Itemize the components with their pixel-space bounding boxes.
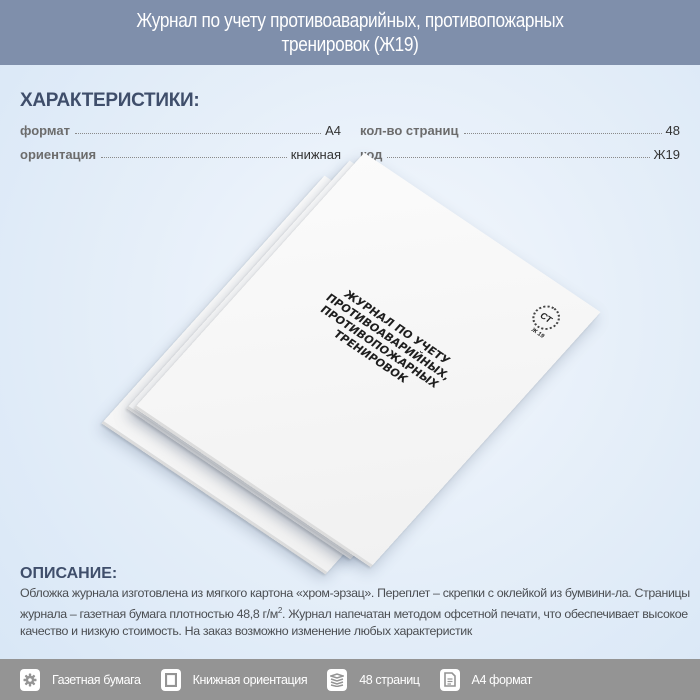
spec-value: книжная xyxy=(291,147,341,162)
document-icon xyxy=(440,669,460,691)
spec-row-orientation: ориентация книжная xyxy=(20,144,341,162)
feature-label: Книжная ориентация xyxy=(193,673,308,687)
gear-icon xyxy=(20,669,40,691)
spec-value: А4 xyxy=(325,123,341,138)
characteristics-heading: ХАРАКТЕРИСТИКИ: xyxy=(20,90,199,112)
spec-value: Ж19 xyxy=(654,147,680,162)
cover-title: ЖУРНАЛ ПО УЧЕТУ ПРОТИВОАВАРИЙНЫХ, ПРОТИВ… xyxy=(248,243,519,441)
feature-paper: Газетная бумага xyxy=(20,669,141,691)
spec-label: кол-во страниц xyxy=(360,123,459,138)
description-heading: ОПИСАНИЕ: xyxy=(20,565,117,583)
cover-title-line: ТРЕНИРОВОК xyxy=(248,272,493,441)
feature-label: А4 формат xyxy=(472,673,532,687)
cover-title-line: ПРОТИВОАВАРИЙНЫХ, xyxy=(266,253,511,422)
dot-leader xyxy=(387,157,649,158)
dot-leader xyxy=(75,133,321,134)
feature-pages: 48 страниц xyxy=(327,669,419,691)
spec-label: формат xyxy=(20,123,70,138)
dot-leader xyxy=(464,133,662,134)
spec-row-code: код Ж19 xyxy=(360,144,680,162)
product-image: СТ Ж 19 ЖУРНАЛ ПО УЧЕТУ ПРОТИВОАВАРИЙНЫХ… xyxy=(40,180,660,560)
page-header: Журнал по учету противоаварийных, против… xyxy=(0,0,700,65)
cover-title-line: ЖУРНАЛ ПО УЧЕТУ xyxy=(274,243,519,412)
feature-format: А4 формат xyxy=(440,669,532,691)
logo-mark: СТ xyxy=(538,311,555,325)
dot-leader xyxy=(101,157,287,158)
feature-label: Газетная бумага xyxy=(52,673,141,687)
spec-row-pages: кол-во страниц 48 xyxy=(360,120,680,138)
feature-orientation: Книжная ориентация xyxy=(161,669,308,691)
layers-icon xyxy=(327,669,347,691)
journal-copy-front: СТ Ж 19 ЖУРНАЛ ПО УЧЕТУ ПРОТИВОАВАРИЙНЫХ… xyxy=(134,153,600,568)
cover-title-line: ПРОТИВОПОЖАРНЫХ xyxy=(257,262,502,431)
spec-row-format: формат А4 xyxy=(20,120,341,138)
description-text: Обложка журнала изготовлена из мягкого к… xyxy=(20,585,690,640)
spec-value: 48 xyxy=(666,123,680,138)
feature-label: 48 страниц xyxy=(359,673,419,687)
spec-label: ориентация xyxy=(20,147,96,162)
page-title-line-1: Журнал по учету противоаварийных, против… xyxy=(49,9,651,33)
page-title-line-2: тренировок (Ж19) xyxy=(49,33,651,57)
features-bar: Газетная бумага Книжная ориентация 48 ст… xyxy=(0,659,700,700)
portrait-page-icon xyxy=(161,669,181,691)
